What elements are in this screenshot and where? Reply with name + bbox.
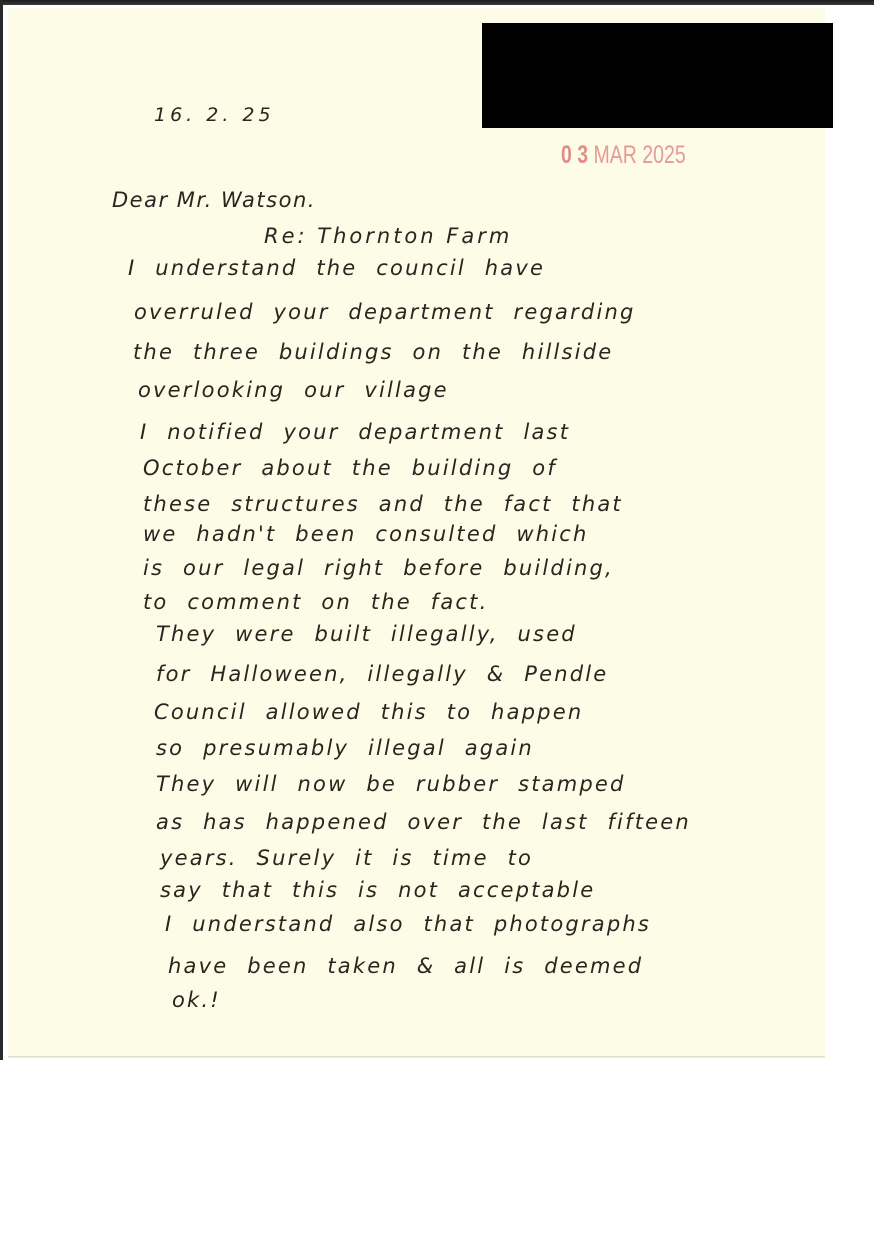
body-line: as has happened over the last fifteen bbox=[156, 810, 691, 834]
stamp-day: 0 3 bbox=[561, 141, 588, 169]
body-line: so presumably illegal again bbox=[156, 736, 534, 760]
body-line: is our legal right before building, bbox=[143, 556, 614, 580]
scan-top-edge bbox=[0, 0, 874, 5]
body-line: overruled your department regarding bbox=[134, 300, 636, 324]
letter-date: 16. 2. 25 bbox=[154, 104, 275, 126]
letter-paper: 16. 2. 25 0 3 MAR 2025 Dear Mr. Watson. … bbox=[8, 8, 825, 1057]
stamp-month-year: MAR 2025 bbox=[594, 141, 686, 169]
body-line: overlooking our village bbox=[138, 378, 449, 402]
body-line: to comment on the fact. bbox=[143, 590, 489, 614]
body-line: for Halloween, illegally & Pendle bbox=[156, 662, 608, 686]
scan-left-edge bbox=[0, 0, 3, 1060]
subject-line: Re: Thornton Farm bbox=[264, 224, 512, 248]
body-line: ok.! bbox=[172, 988, 221, 1012]
body-line: say that this is not acceptable bbox=[160, 878, 595, 902]
body-line: They were built illegally, used bbox=[156, 622, 577, 646]
body-line: October about the building of bbox=[143, 456, 557, 480]
body-line: I understand also that photographs bbox=[165, 912, 651, 936]
received-date-stamp: 0 3 MAR 2025 bbox=[561, 141, 686, 170]
salutation: Dear Mr. Watson. bbox=[112, 188, 316, 212]
body-line: the three buildings on the hillside bbox=[133, 340, 613, 364]
body-line: have been taken & all is deemed bbox=[168, 954, 643, 978]
body-line: we hadn't been consulted which bbox=[143, 522, 589, 546]
body-line: years. Surely it is time to bbox=[160, 846, 533, 870]
redaction-block bbox=[482, 23, 833, 128]
body-line: these structures and the fact that bbox=[143, 492, 623, 516]
body-line: They will now be rubber stamped bbox=[156, 772, 626, 796]
body-line: I notified your department last bbox=[140, 420, 570, 444]
body-line: I understand the council have bbox=[128, 256, 545, 280]
body-line: Council allowed this to happen bbox=[154, 700, 583, 724]
